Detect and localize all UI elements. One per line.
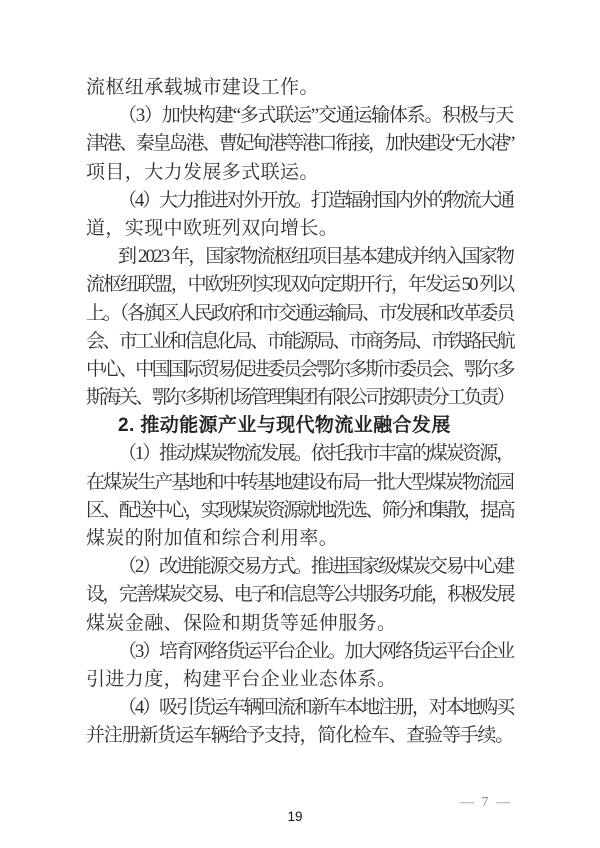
text-line-content: 上。（各旗区人民政府和市交通运输局、市发展和改革委员 xyxy=(86,303,513,324)
text-line-content: 斯海关、鄂尔多斯机场管理集团有限公司按职责分工负责） xyxy=(86,387,513,408)
text-line-content: 会、市工业和信息化局、市能源局、市商务局、市铁路民航 xyxy=(86,331,513,352)
text-line-content: 并注册新货运车辆给予支持，简化检车、查验等手续。 xyxy=(86,725,513,746)
text-line: 道，实现中欧班列双向增长。 xyxy=(86,215,513,243)
text-line: （1）推动煤炭物流发展。依托我市丰富的煤炭资源， xyxy=(86,440,513,468)
text-line: （4）大力推进对外开放。打造辐射国内外的物流大通 xyxy=(86,187,513,215)
text-line-content: （3）加快构建“多式联运”交通运输体系。积极与天 xyxy=(118,105,513,126)
text-line: 流枢纽承载城市建设工作。 xyxy=(86,74,513,102)
text-line: （4）吸引货运车辆回流和新车本地注册，对本地购买 xyxy=(86,694,513,722)
text-line-content: 煤炭的附加值和综合利用率。 xyxy=(86,528,338,549)
text-line: 煤炭金融、保险和期货等延伸服务。 xyxy=(86,610,513,638)
text-line-content: 流枢纽承载城市建设工作。 xyxy=(86,77,319,98)
text-line: 在煤炭生产基地和中转基地建设布局一批大型煤炭物流园 xyxy=(86,469,513,497)
text-line-content: 到 2023 年，国家物流枢纽项目基本建成并纳入国家物 xyxy=(118,246,513,267)
text-line-content: （1）推动煤炭物流发展。依托我市丰富的煤炭资源， xyxy=(118,443,513,464)
text-line-content: 煤炭金融、保险和期货等延伸服务。 xyxy=(86,613,396,634)
text-line: 项目，大力发展多式联运。 xyxy=(86,159,513,187)
text-line-content: 道，实现中欧班列双向增长。 xyxy=(86,218,338,239)
text-line: 区、配送中心，实现煤炭资源就地洗选、筛分和集散，提高 xyxy=(86,497,513,525)
text-line-content: 引进力度，构建平台企业业态体系。 xyxy=(86,669,396,690)
text-line: 流枢纽联盟，中欧班列实现双向定期开行，年发运 50 列以 xyxy=(86,271,513,299)
text-line-content: 在煤炭生产基地和中转基地建设布局一批大型煤炭物流园 xyxy=(86,472,513,493)
text-line-content: （3）培育网络货运平台企业。加大网络货运平台企业 xyxy=(118,641,513,662)
text-line-content: 中心、中国国际贸易促进委员会鄂尔多斯市委员会、鄂尔多 xyxy=(86,359,513,380)
text-line: （3）培育网络货运平台企业。加大网络货运平台企业 xyxy=(86,638,513,666)
text-line: 并注册新货运车辆给予支持，简化检车、查验等手续。 xyxy=(86,722,513,750)
page-number-marker: — 7 — xyxy=(460,795,512,811)
document-body: 流枢纽承载城市建设工作。（3）加快构建“多式联运”交通运输体系。积极与天津港、秦… xyxy=(86,74,513,751)
text-line-content: （4）大力推进对外开放。打造辐射国内外的物流大通 xyxy=(118,190,513,211)
text-line-content: 项目，大力发展多式联运。 xyxy=(86,162,319,183)
text-line-content: （2）改进能源交易方式。推进国家级煤炭交易中心建 xyxy=(118,556,513,577)
text-line-content: 津港、秦皇岛港、曹妃甸港等港口衔接，加快建设“无水港” xyxy=(86,133,513,154)
text-line: 引进力度，构建平台企业业态体系。 xyxy=(86,666,513,694)
text-line: 会、市工业和信息化局、市能源局、市商务局、市铁路民航 xyxy=(86,328,513,356)
document-page: 流枢纽承载城市建设工作。（3）加快构建“多式联运”交通运输体系。积极与天津港、秦… xyxy=(0,0,600,848)
text-line-content: 设，完善煤炭交易、电子和信息等公共服务功能，积极发展 xyxy=(86,584,513,605)
text-line: 斯海关、鄂尔多斯机场管理集团有限公司按职责分工负责） xyxy=(86,384,513,412)
text-line-content: 流枢纽联盟，中欧班列实现双向定期开行，年发运 50 列以 xyxy=(86,274,513,295)
text-line: 煤炭的附加值和综合利用率。 xyxy=(86,525,513,553)
text-line: 上。（各旗区人民政府和市交通运输局、市发展和改革委员 xyxy=(86,300,513,328)
text-line: （2）改进能源交易方式。推进国家级煤炭交易中心建 xyxy=(86,553,513,581)
text-line: 津港、秦皇岛港、曹妃甸港等港口衔接，加快建设“无水港” xyxy=(86,130,513,158)
text-line-content: 区、配送中心，实现煤炭资源就地洗选、筛分和集散，提高 xyxy=(86,500,513,521)
text-line: 到 2023 年，国家物流枢纽项目基本建成并纳入国家物 xyxy=(86,243,513,271)
text-line: 设，完善煤炭交易、电子和信息等公共服务功能，积极发展 xyxy=(86,581,513,609)
text-line: （3）加快构建“多式联运”交通运输体系。积极与天 xyxy=(86,102,513,130)
text-line-content: 2. 推动能源产业与现代物流业融合发展 xyxy=(118,415,451,436)
text-line: 中心、中国国际贸易促进委员会鄂尔多斯市委员会、鄂尔多 xyxy=(86,356,513,384)
sheet-number: 19 xyxy=(245,809,345,824)
text-line-content: （4）吸引货运车辆回流和新车本地注册，对本地购买 xyxy=(118,697,513,718)
section-heading: 2. 推动能源产业与现代物流业融合发展 xyxy=(86,412,513,440)
